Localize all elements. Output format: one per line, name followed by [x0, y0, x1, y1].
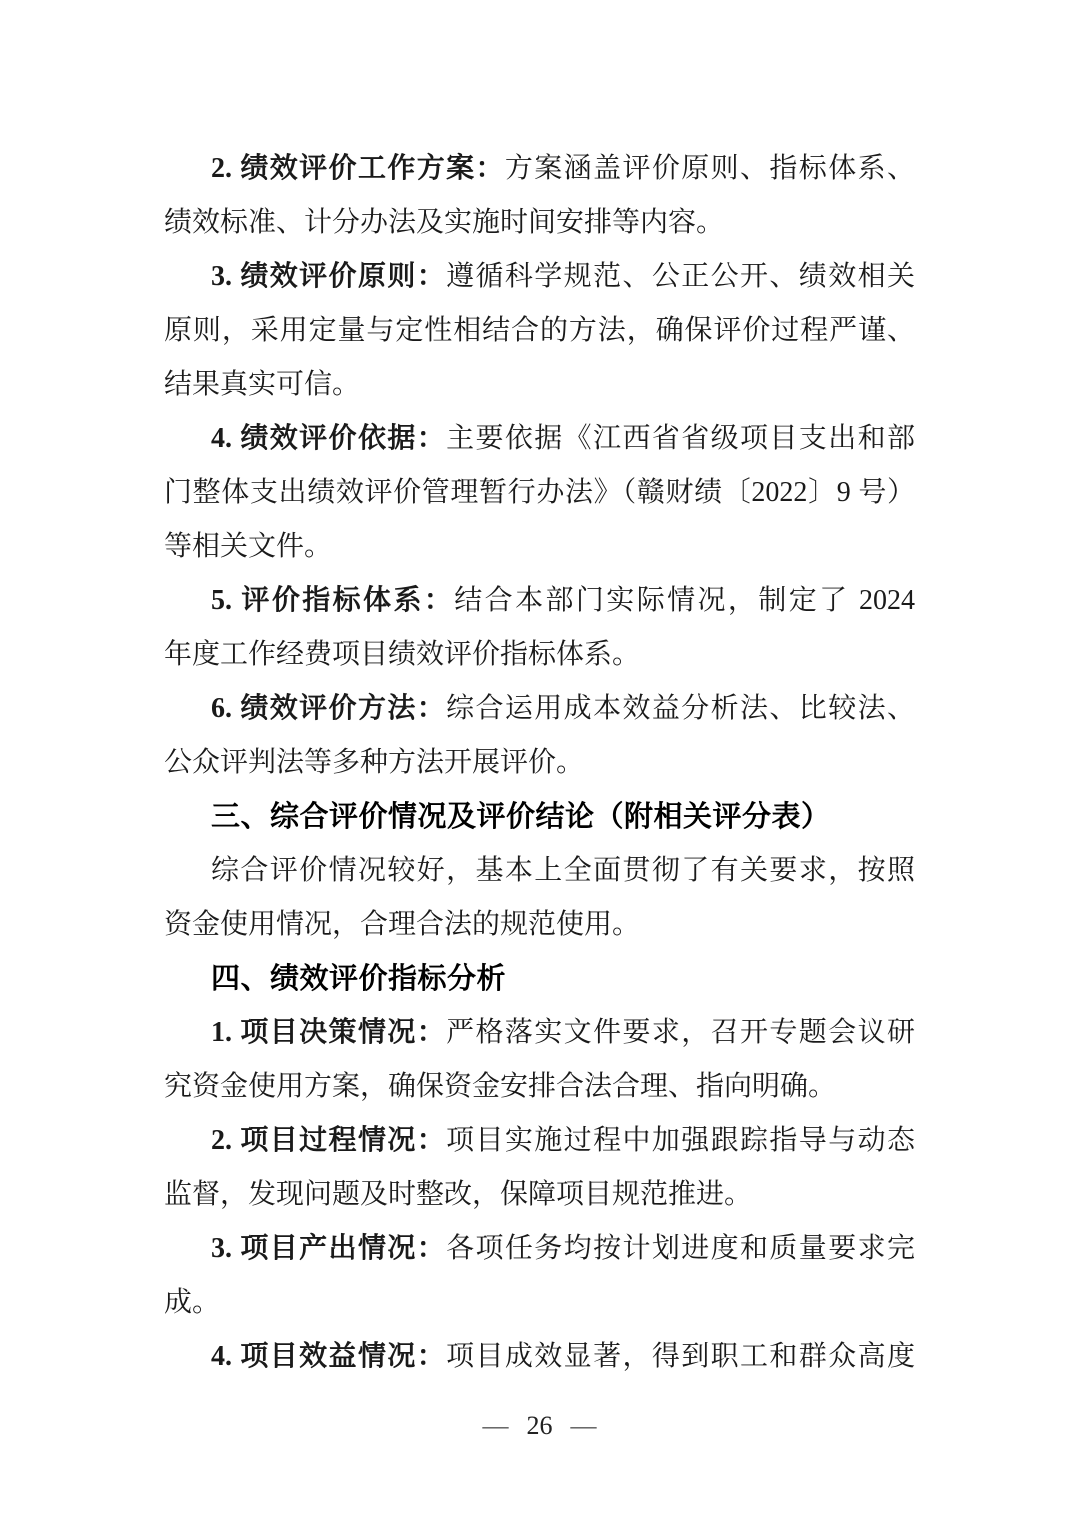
text-line: 综合评价情况较好，基本上全面贯彻了有关要求，按照 [164, 844, 915, 898]
text-line: 原则，采用定量与定性相结合的方法，确保评价过程严谨、 [164, 304, 915, 358]
paragraph-lead: 3. 项目产出情况： [211, 1233, 446, 1264]
text-line: 究资金使用方案，确保资金安排合法合理、指向明确。 [164, 1060, 915, 1114]
text-line: 2. 绩效评价工作方案：方案涵盖评价原则、指标体系、 [164, 142, 915, 196]
line-text: 结果真实可信。 [164, 369, 360, 400]
text-line: 结果真实可信。 [164, 358, 915, 412]
paragraph-lead: 2. 项目过程情况： [211, 1125, 446, 1156]
line-text: 主要依据《江西省省级项目支出和部 [446, 423, 915, 454]
line-text: 项目实施过程中加强跟踪指导与动态 [446, 1125, 915, 1156]
line-text: 严格落实文件要求，召开专题会议研 [446, 1017, 915, 1048]
text-line: 门整体支出绩效评价管理暂行办法》（赣财绩〔2022〕9 号） [164, 466, 915, 520]
page-number: 26 [527, 1411, 553, 1441]
line-text: 等相关文件。 [164, 531, 332, 562]
text-line: 成。 [164, 1276, 915, 1330]
text-line: 绩效标准、计分办法及实施时间安排等内容。 [164, 196, 915, 250]
paragraph-lead: 4. 绩效评价依据： [211, 423, 446, 454]
text-line: 年度工作经费项目绩效评价指标体系。 [164, 628, 915, 682]
line-text: 门整体支出绩效评价管理暂行办法》（赣财绩〔2022〕9 号） [164, 477, 915, 508]
text-line: 6. 绩效评价方法：综合运用成本效益分析法、比较法、 [164, 682, 915, 736]
paragraph-lead: 5. 评价指标体系： [211, 585, 454, 616]
footer-dash-right: — [567, 1411, 601, 1441]
text-line: 3. 项目产出情况：各项任务均按计划进度和质量要求完 [164, 1222, 915, 1276]
text-line: 等相关文件。 [164, 520, 915, 574]
line-text: 三、综合评价情况及评价结论（附相关评分表） [211, 801, 831, 833]
line-text: 遵循科学规范、公正公开、绩效相关 [446, 261, 915, 292]
line-text: 绩效标准、计分办法及实施时间安排等内容。 [164, 207, 724, 238]
text-line: 4. 项目效益情况：项目成效显著，得到职工和群众高度 [164, 1330, 915, 1384]
line-text: 综合运用成本效益分析法、比较法、 [446, 693, 915, 724]
paragraph-lead: 1. 项目决策情况： [211, 1017, 446, 1048]
footer-dash-left: — [479, 1411, 513, 1441]
paragraph-lead: 6. 绩效评价方法： [211, 693, 446, 724]
text-line: 2. 项目过程情况：项目实施过程中加强跟踪指导与动态 [164, 1114, 915, 1168]
text-line: 公众评判法等多种方法开展评价。 [164, 736, 915, 790]
line-text: 成。 [164, 1287, 220, 1318]
line-text: 究资金使用方案，确保资金安排合法合理、指向明确。 [164, 1071, 836, 1102]
page-footer: — 26 — [164, 1404, 915, 1448]
document-body: 2. 绩效评价工作方案：方案涵盖评价原则、指标体系、绩效标准、计分办法及实施时间… [164, 142, 915, 1384]
line-text: 监督，发现问题及时整改，保障项目规范推进。 [164, 1179, 752, 1210]
line-text: 结合本部门实际情况，制定了 2024 [454, 585, 915, 616]
section-heading: 三、综合评价情况及评价结论（附相关评分表） [164, 790, 915, 844]
document-page: 2. 绩效评价工作方案：方案涵盖评价原则、指标体系、绩效标准、计分办法及实施时间… [0, 0, 1074, 1520]
line-text: 方案涵盖评价原则、指标体系、 [505, 153, 915, 184]
line-text: 原则，采用定量与定性相结合的方法，确保评价过程严谨、 [164, 315, 915, 346]
line-text: 年度工作经费项目绩效评价指标体系。 [164, 639, 640, 670]
line-text: 资金使用情况，合理合法的规范使用。 [164, 909, 640, 940]
text-line: 监督，发现问题及时整改，保障项目规范推进。 [164, 1168, 915, 1222]
line-text: 综合评价情况较好，基本上全面贯彻了有关要求，按照 [211, 855, 915, 886]
line-text: 四、绩效评价指标分析 [211, 963, 506, 995]
section-heading: 四、绩效评价指标分析 [164, 952, 915, 1006]
text-line: 资金使用情况，合理合法的规范使用。 [164, 898, 915, 952]
paragraph-lead: 2. 绩效评价工作方案： [211, 153, 505, 184]
line-text: 项目成效显著，得到职工和群众高度 [446, 1341, 915, 1372]
text-line: 1. 项目决策情况：严格落实文件要求，召开专题会议研 [164, 1006, 915, 1060]
paragraph-lead: 3. 绩效评价原则： [211, 261, 446, 292]
paragraph-lead: 4. 项目效益情况： [211, 1341, 446, 1372]
text-line: 3. 绩效评价原则：遵循科学规范、公正公开、绩效相关 [164, 250, 915, 304]
line-text: 各项任务均按计划进度和质量要求完 [446, 1233, 915, 1264]
text-line: 4. 绩效评价依据：主要依据《江西省省级项目支出和部 [164, 412, 915, 466]
text-line: 5. 评价指标体系：结合本部门实际情况，制定了 2024 [164, 574, 915, 628]
line-text: 公众评判法等多种方法开展评价。 [164, 747, 584, 778]
